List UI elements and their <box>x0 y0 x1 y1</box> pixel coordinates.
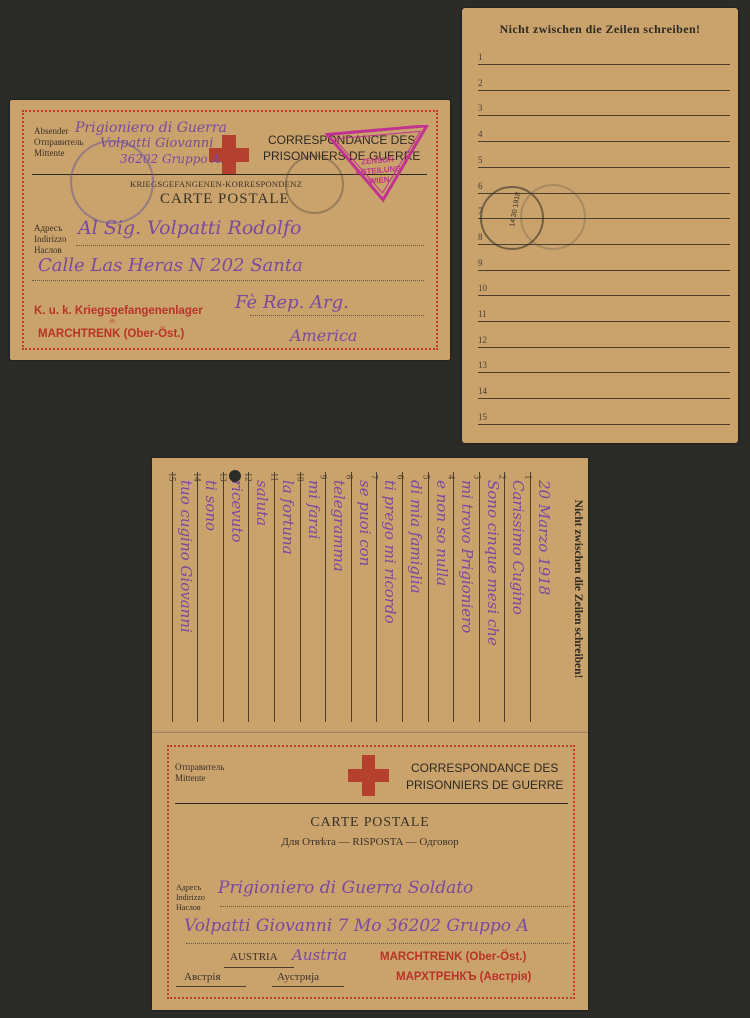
line-number: 1 <box>523 475 533 480</box>
handwritten-message-line: telegramma <box>330 480 348 572</box>
address-line <box>186 943 570 944</box>
postmark-stamp <box>520 184 586 250</box>
handwritten-message-line: 20 Marzo 1918 <box>535 480 553 595</box>
handwritten-message-line: saluta <box>253 480 271 526</box>
ruled-line <box>172 472 173 722</box>
country-label: Австрія <box>184 971 221 983</box>
ruled-line <box>479 472 480 722</box>
address-labels: Адресъ Indirizzo Наслов <box>34 223 66 256</box>
line-number: 14 <box>478 386 487 396</box>
handwritten-address-line: America <box>290 326 357 345</box>
handwritten-address-line: Prigioniero di Guerra Soldato <box>218 878 473 898</box>
address-line <box>220 906 570 907</box>
camp-name: K. u. k. Kriegsgefangenenlager <box>34 305 203 317</box>
line-number: 11 <box>478 309 487 319</box>
line-number: 12 <box>478 335 487 345</box>
ruled-line <box>478 398 730 399</box>
line-number: 6 <box>478 181 483 191</box>
ruled-line <box>402 472 403 722</box>
line-number: 2 <box>478 78 483 88</box>
ruled-line <box>223 472 224 722</box>
ruled-line <box>274 472 275 722</box>
address-line <box>76 245 424 246</box>
back-heading: Nicht zwischen die Zeilen schreiben! <box>462 22 738 37</box>
camp-location-cyrillic: МАРХТРЕНКЪ (Австрія) <box>396 971 531 983</box>
ruled-line <box>478 64 730 65</box>
reply-subtitle: Для Отвѣта — RISPOSTA — Одговор <box>152 836 588 848</box>
card-title: CARTE POSTALE <box>160 191 290 208</box>
handwritten-message-line: ti sono <box>202 480 220 531</box>
handwritten-message-line: Carissimo Cugino <box>509 480 527 615</box>
handwritten-address-line: Fè Rep. Arg. <box>235 292 349 313</box>
underline <box>224 967 294 968</box>
handwritten-message-line: ti prego mi ricordo <box>381 480 399 624</box>
camp-location: MARCHTRENK (Ober-Öst.) <box>38 328 184 340</box>
handwritten-message-line: mi farai <box>305 480 323 539</box>
postmark-stamp <box>70 140 154 224</box>
ruled-line <box>376 472 377 722</box>
line-number: 9 <box>318 475 328 480</box>
punch-hole <box>229 470 241 482</box>
underline <box>272 986 344 987</box>
handwritten-message-line: ricevuto <box>228 480 246 542</box>
handwritten-address-line: Volpatti Giovanni 7 Mo 36202 Gruppo A <box>184 916 529 936</box>
address-labels: Адресъ Indirizzo Наслов <box>176 883 205 913</box>
address-line <box>32 280 424 281</box>
handwritten-message-line: Sono cinque mesi che <box>484 480 502 646</box>
ruled-line <box>351 472 352 722</box>
heading: CORRESPONDANCE DES PRISONNIERS DE GUERRE <box>406 760 563 794</box>
ruled-line <box>478 347 730 348</box>
address-line <box>250 315 424 316</box>
line-number: 8 <box>478 232 483 242</box>
ruled-line <box>428 472 429 722</box>
handwritten-address-line: Al Sig. Volpatti Rodolfo <box>78 217 301 239</box>
ruled-line <box>478 141 730 142</box>
handwritten-message-line: di mia famiglia <box>407 480 425 594</box>
sender-labels: Отправитель Mittente <box>175 762 224 784</box>
underline <box>176 986 246 987</box>
handwritten-address-line: Calle Las Heras N 202 Santa <box>38 255 303 276</box>
card-title: CARTE POSTALE <box>152 815 588 831</box>
divider <box>175 803 568 804</box>
ruled-line <box>478 115 730 116</box>
handwritten-message-line: se puoi con <box>356 480 374 566</box>
ruled-line <box>478 167 730 168</box>
line-number: 9 <box>478 258 483 268</box>
ruled-line <box>248 472 249 722</box>
ruled-line <box>478 424 730 425</box>
ruled-line <box>478 321 730 322</box>
handwritten-message-line: e non so nulla <box>433 480 451 586</box>
subheading: KRIEGSGEFANGENEN-KORRESPONDENZ <box>130 179 302 189</box>
ruled-line <box>325 472 326 722</box>
line-number: 10 <box>478 283 487 293</box>
ruled-line <box>478 372 730 373</box>
line-number: 13 <box>478 360 487 370</box>
line-number: 4 <box>478 129 483 139</box>
line-number: 5 <box>421 475 431 480</box>
ruled-line <box>504 472 505 722</box>
line-number: 6 <box>395 475 405 480</box>
handwritten-message-line: tuo cugino Giovanni <box>177 480 195 633</box>
reply-card-message: Nicht zwischen die Zeilen schreiben! 120… <box>152 458 588 733</box>
handwritten-message-line: mi trovo Prigioniero <box>458 480 476 633</box>
handwritten-address-line: Austria <box>292 946 347 964</box>
postcard-back: Nicht zwischen die Zeilen schreiben! 123… <box>462 8 738 443</box>
camp-location: MARCHTRENK (Ober-Öst.) <box>380 951 526 963</box>
line-number: 7 <box>370 475 380 480</box>
line-number: 4 <box>446 475 456 480</box>
line-number: 2 <box>498 475 508 480</box>
reply-heading: Nicht zwischen die Zeilen schreiben! <box>572 464 584 714</box>
ruled-line <box>530 472 531 722</box>
ruled-line <box>478 295 730 296</box>
handwritten-message-line: la fortuna <box>279 480 297 555</box>
line-number: 8 <box>344 475 354 480</box>
ruled-line <box>478 90 730 91</box>
line-number: 1 <box>478 52 483 62</box>
ruled-line <box>453 472 454 722</box>
censor-text: ZENSUR ABTEILUNG WIEN <box>354 154 403 188</box>
postcard-front: Absender Отправитель Mittente CORRESPOND… <box>10 100 450 360</box>
line-number: 5 <box>478 155 483 165</box>
reply-card-address: Отправитель Mittente CORRESPONDANCE DES … <box>152 733 588 1010</box>
line-number: 3 <box>472 475 482 480</box>
country-label: AUSTRIA <box>230 951 278 963</box>
ruled-line <box>300 472 301 722</box>
ruled-line <box>197 472 198 722</box>
country-label: Аустрија <box>277 971 319 983</box>
ruled-line <box>478 270 730 271</box>
line-number: 15 <box>478 412 487 422</box>
camp-in: in <box>110 319 115 325</box>
line-number: 3 <box>478 103 483 113</box>
handwritten-sender-line: Prigioniero di Guerra <box>75 120 227 136</box>
